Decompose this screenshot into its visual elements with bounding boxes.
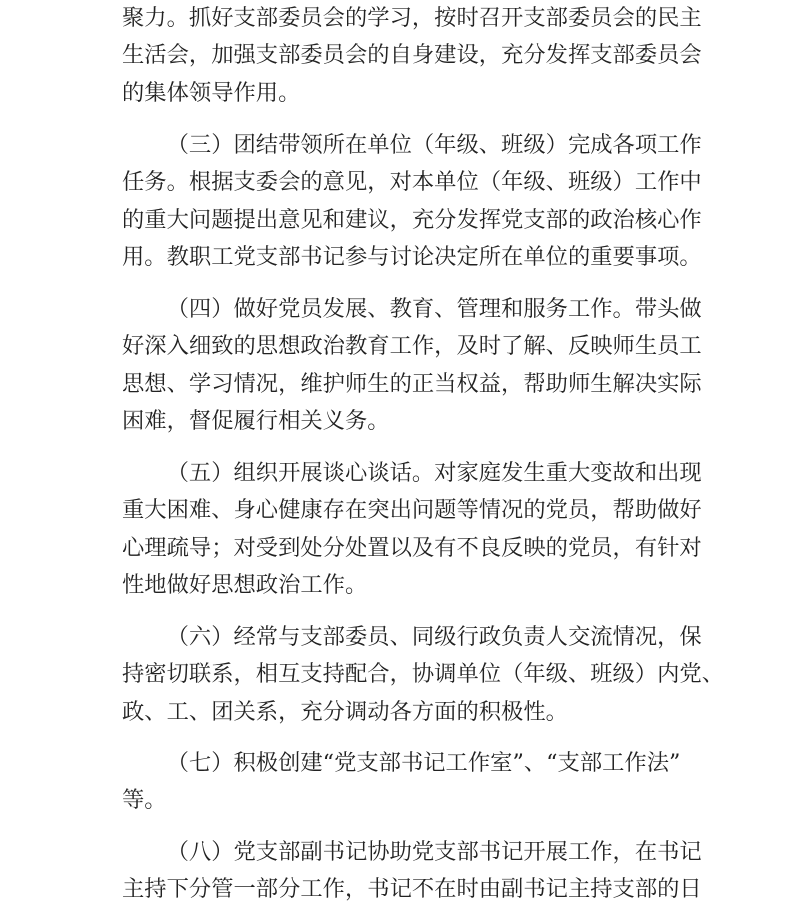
paragraph-start-line: （八）党支部副书记协助党支部书记开展工作，在书记 xyxy=(167,834,702,871)
text-line: 好深入细致的思想政治教育工作，及时了解、反映师生员工 xyxy=(122,328,702,365)
text-line: 聚力。抓好支部委员会的学习，按时召开支部委员会的民主 xyxy=(122,0,702,37)
paragraph-start-line: （七）积极创建“党支部书记工作室”、“支部工作法” xyxy=(167,745,681,782)
text-line: 重大困难、身心健康存在突出问题等情况的党员，帮助做好 xyxy=(122,492,702,529)
paragraph-start-line: （五）组织开展谈心谈话。对家庭发生重大变故和出现 xyxy=(167,455,702,492)
text-line: 等。 xyxy=(122,782,167,819)
text-line: 思想、学习情况，维护师生的正当权益，帮助师生解决实际 xyxy=(122,366,702,403)
text-line: 生活会，加强支部委员会的自身建设，充分发挥支部委员会 xyxy=(122,37,702,74)
paragraph-start-line: （四）做好党员发展、教育、管理和服务工作。带头做 xyxy=(167,291,702,328)
text-line: 用。教职工党支部书记参与讨论决定所在单位的重要事项。 xyxy=(122,239,702,276)
text-line: 困难，督促履行相关义务。 xyxy=(122,403,390,440)
text-line: 的重大问题提出意见和建议，充分发挥党支部的政治核心作 xyxy=(122,202,702,239)
text-line: 持密切联系，相互支持配合，协调单位（年级、班级）内党、 xyxy=(122,656,724,693)
text-line: 政、工、团关系，充分调动各方面的积极性。 xyxy=(122,694,568,731)
text-line: 主持下分管一部分工作，书记不在时由副书记主持支部的日 xyxy=(122,871,702,908)
paragraph-start-line: （三）团结带领所在单位（年级、班级）完成各项工作 xyxy=(167,127,702,164)
paragraph-start-line: （六）经常与支部委员、同级行政负责人交流情况，保 xyxy=(167,619,702,656)
text-line: 任务。根据支委会的意见，对本单位（年级、班级）工作中 xyxy=(122,164,702,201)
text-line: 心理疏导；对受到处分处置以及有不良反映的党员，有针对 xyxy=(122,530,702,567)
text-line: 的集体领导作用。 xyxy=(122,75,300,112)
text-line: 性地做好思想政治工作。 xyxy=(122,567,367,604)
